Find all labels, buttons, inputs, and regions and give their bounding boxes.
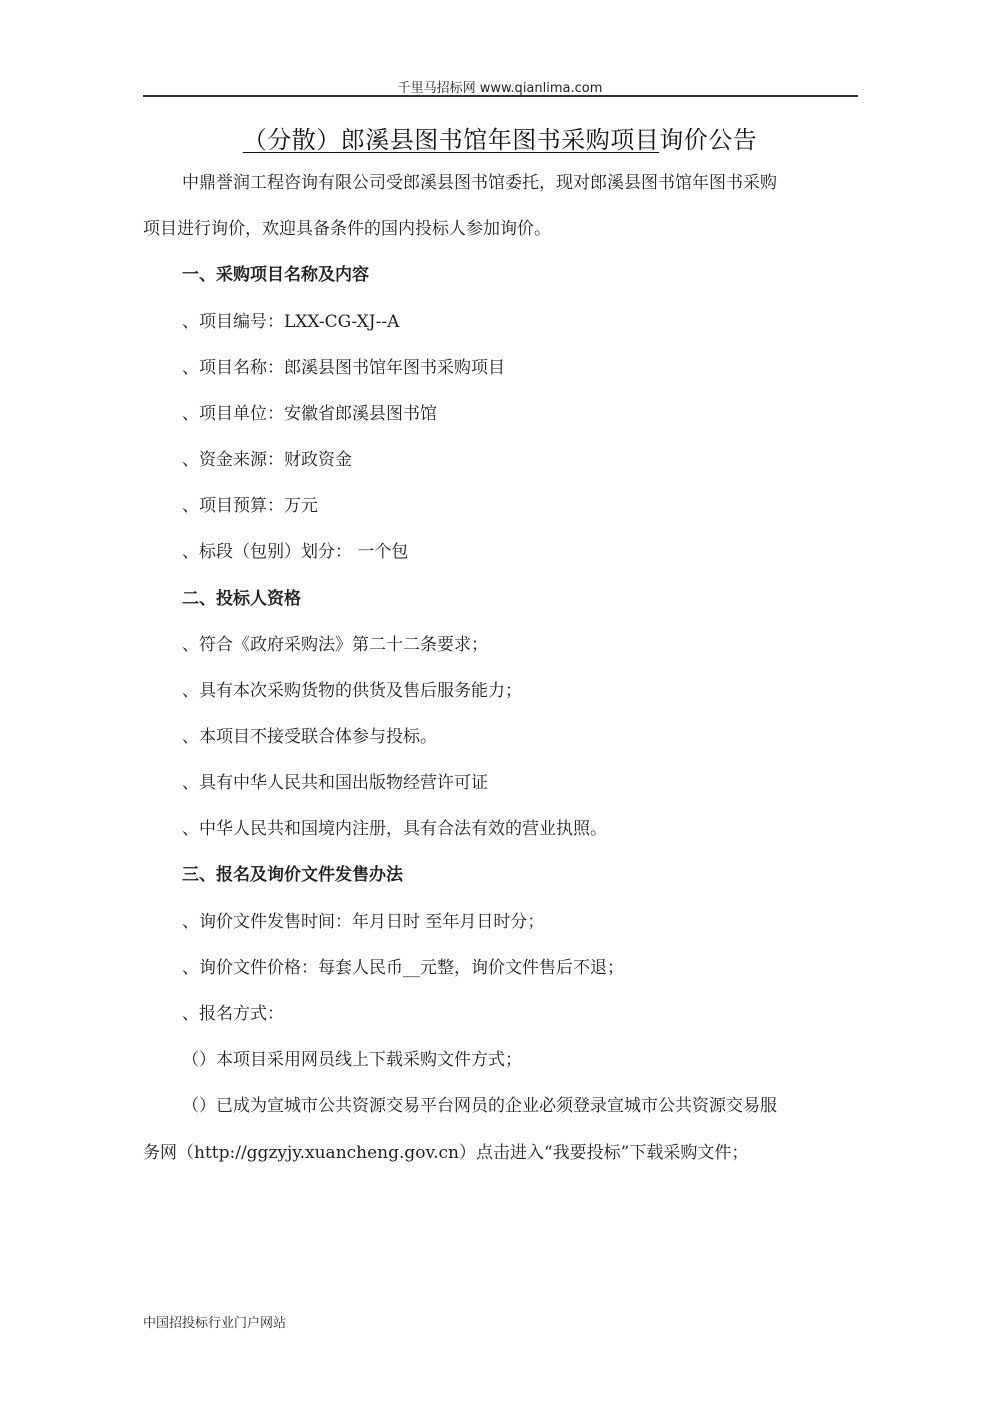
- intro-line-2: 项目进行询价，欢迎具备条件的国内投标人参加询价。: [143, 214, 551, 239]
- section-1-heading: 一、采购项目名称及内容: [182, 260, 369, 285]
- sub-list-item-continuation: 务网（http://ggzyjy.xuancheng.gov.cn）点击进入“我…: [143, 1138, 748, 1163]
- list-item: 、资金来源：财政资金: [182, 445, 352, 470]
- list-item: 、报名方式：: [182, 999, 284, 1024]
- section-2-heading: 二、投标人资格: [182, 584, 301, 609]
- list-item: 、项目单位：安徽省郎溪县图书馆: [182, 399, 437, 424]
- list-item: 、符合《政府采购法》第二十二条要求；: [182, 630, 488, 655]
- intro-line-1: 中鼎誉润工程咨询有限公司受郎溪县图书馆委托，现对郎溪县图书馆年图书采购: [182, 168, 777, 193]
- sub-list-item: （）已成为宣城市公共资源交易平台网员的企业必须登录宣城市公共资源交易服: [182, 1091, 777, 1116]
- header-divider: [143, 95, 858, 97]
- document-title: （分散）郎溪县图书馆年图书采购项目询价公告: [0, 120, 1000, 155]
- list-item: 、本项目不接受联合体参与投标。: [182, 722, 437, 747]
- list-item: 、标段（包别）划分： 一个包: [182, 537, 408, 562]
- header-site-text: 千里马招标网 www.qianlima.com: [0, 77, 1000, 96]
- list-item: 、具有本次采购货物的供货及售后服务能力；: [182, 676, 522, 701]
- list-item: 、询价文件价格：每套人民币__元整，询价文件售后不退；: [182, 953, 624, 978]
- list-item: 、项目名称：郎溪县图书馆年图书采购项目: [182, 353, 505, 378]
- list-item: 、中华人民共和国境内注册，具有合法有效的营业执照。: [182, 814, 607, 839]
- list-item: 、询价文件发售时间：年月日时 至年月日时分；: [182, 907, 544, 932]
- sub-list-item: （）本项目采用网员线上下载采购文件方式；: [182, 1045, 522, 1070]
- page-footer: 中国招投标行业门户网站: [143, 1312, 286, 1331]
- section-3-heading: 三、报名及询价文件发售办法: [182, 860, 403, 885]
- title-underlined-part: （分散）郎溪县图书馆年图书采购项目: [243, 126, 660, 154]
- list-item: 、项目编号：LXX-CG-XJ--A: [182, 307, 399, 332]
- title-rest-part: 询价公告: [659, 126, 757, 154]
- list-item: 、项目预算：万元: [182, 491, 318, 516]
- list-item: 、具有中华人民共和国出版物经营许可证: [182, 768, 488, 793]
